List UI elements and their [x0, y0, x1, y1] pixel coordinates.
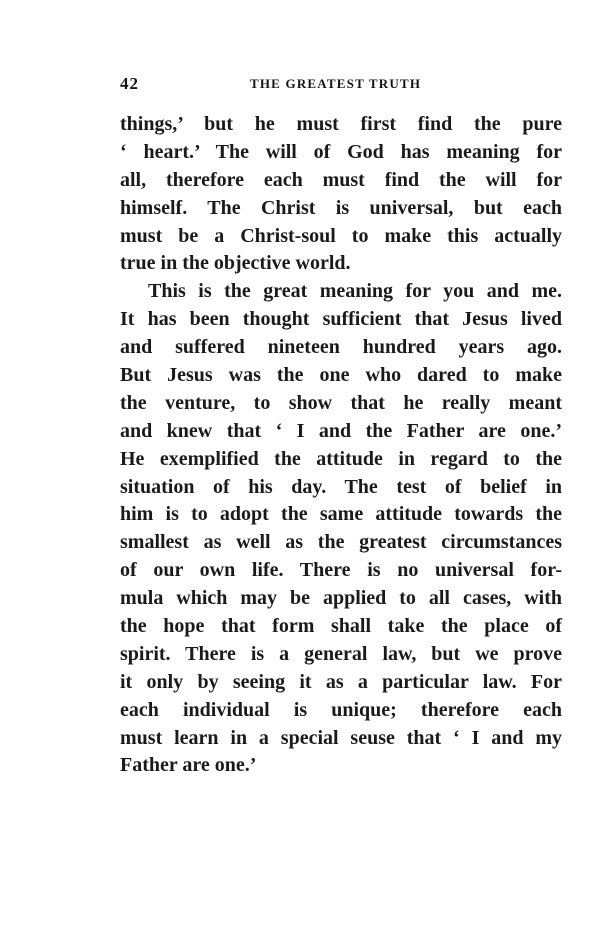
text-line: and suffered nineteen hundred years ago. [120, 334, 562, 362]
text-line: true in the objective world. [120, 250, 562, 278]
book-page: 42 THE GREATEST TRUTH things,’ but he mu… [0, 0, 600, 935]
text-line: situation of his day. The test of belief… [120, 474, 562, 502]
text-line: all, therefore each must find the will f… [120, 167, 562, 195]
text-line: must be a Christ-soul to make this actua… [120, 223, 562, 251]
text-line: himself. The Christ is universal, but ea… [120, 195, 562, 223]
text-line: it only by seeing it as a particular law… [120, 669, 562, 697]
text-line: He exemplified the attitude in regard to… [120, 446, 562, 474]
text-line: Father are one.’ [120, 752, 562, 780]
text-line: ‘ heart.’ The will of God has meaning fo… [120, 139, 562, 167]
text-line: must learn in a special seuse that ‘ I a… [120, 725, 562, 753]
paragraph-1: things,’ but he must first find the pure… [120, 111, 562, 278]
text-line: smallest as well as the greatest circums… [120, 529, 562, 557]
text-line: This is the great meaning for you and me… [120, 278, 562, 306]
text-line: mula which may be applied to all cases, … [120, 585, 562, 613]
page-number: 42 [120, 74, 139, 94]
text-line: the venture, to show that he really mean… [120, 390, 562, 418]
running-head: THE GREATEST TRUTH [250, 76, 421, 92]
text-line: But Jesus was the one who dared to make [120, 362, 562, 390]
text-line: each individual is unique; therefore eac… [120, 697, 562, 725]
text-line: It has been thought sufficient that Jesu… [120, 306, 562, 334]
paragraph-2: This is the great meaning for you and me… [120, 278, 562, 780]
text-line: him is to adopt the same attitude toward… [120, 501, 562, 529]
page-header: 42 THE GREATEST TRUTH [120, 74, 560, 98]
text-line: spirit. There is a general law, but we p… [120, 641, 562, 669]
text-line: and knew that ‘ I and the Father are one… [120, 418, 562, 446]
text-line: things,’ but he must first find the pure [120, 111, 562, 139]
body-text: things,’ but he must first find the pure… [120, 111, 562, 780]
text-line: of our own life. There is no universal f… [120, 557, 562, 585]
text-line: the hope that form shall take the place … [120, 613, 562, 641]
